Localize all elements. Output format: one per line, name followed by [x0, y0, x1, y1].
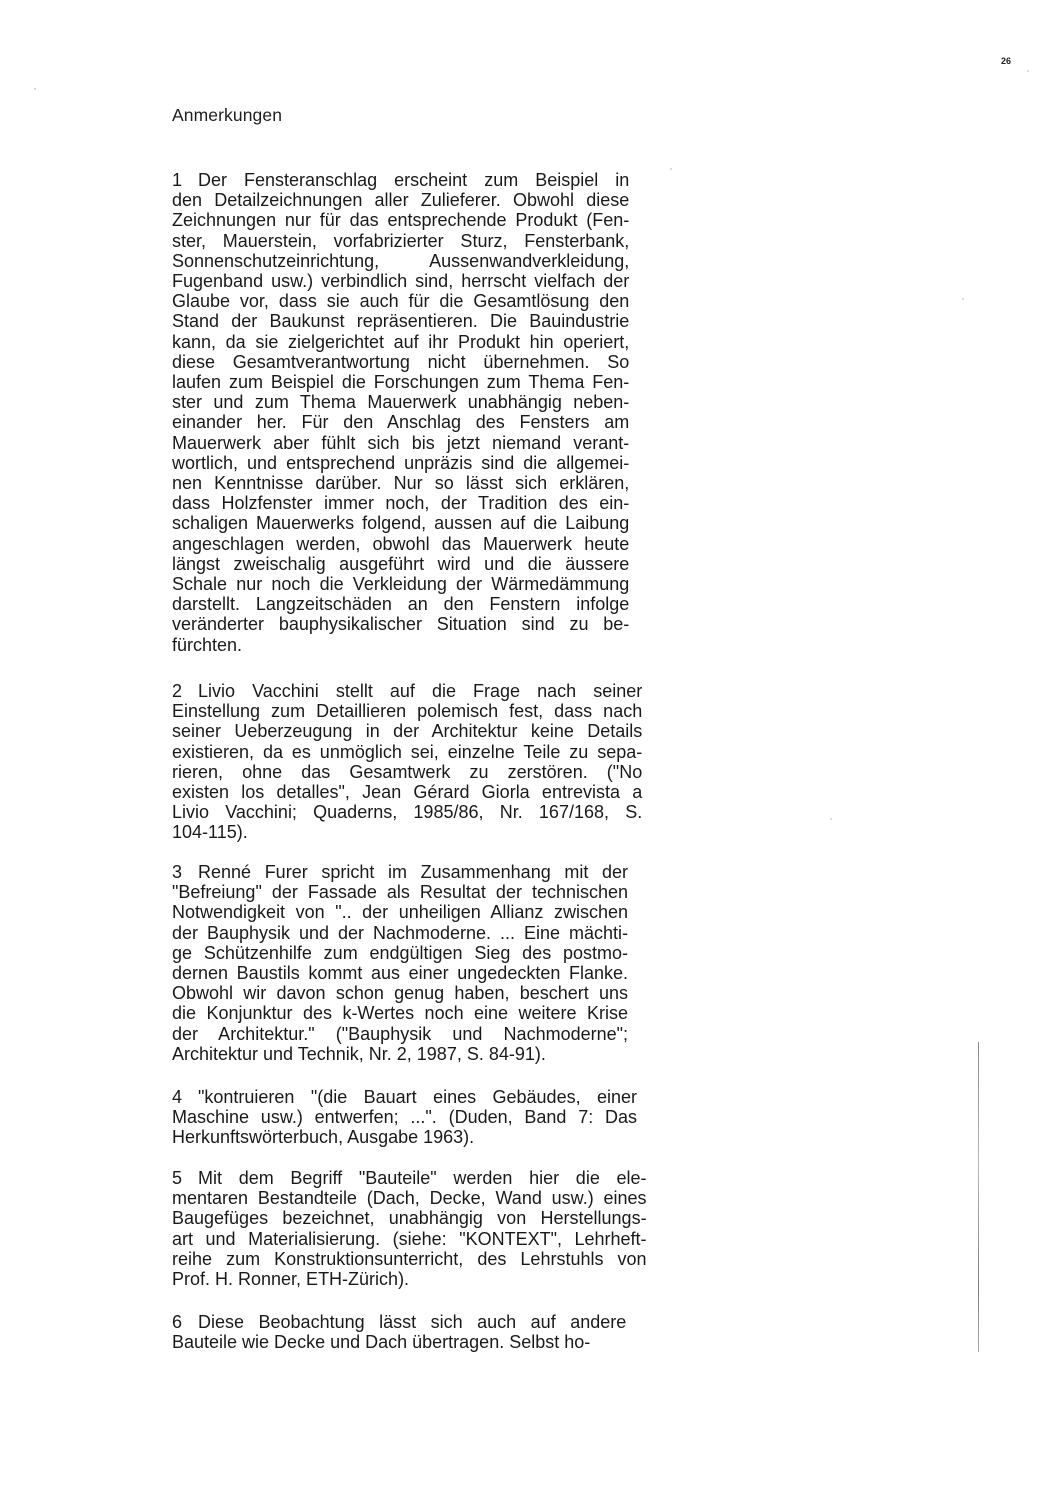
footnote-line: rieren, ohne das Gesamtwerk zu zerstören… [172, 762, 642, 782]
footnote-text: Stand der Baukunst repräsentieren. Die B… [172, 311, 629, 331]
footnote-text: fürchten. [172, 635, 242, 655]
footnote-line: der Architektur." ("Bauphysik und Nachmo… [172, 1024, 628, 1044]
footnote-text: längst zweischalig ausgeführt wird und d… [172, 554, 629, 574]
footnote-text: kann, da sie zielgerichtet auf ihr Produ… [172, 332, 629, 352]
footnote-text: dass Holzfenster immer noch, der Traditi… [172, 493, 629, 513]
footnote-line: darstellt. Langzeitschäden an den Fenste… [172, 594, 629, 614]
footnote-line: Prof. H. Ronner, ETH-Zürich). [172, 1269, 647, 1289]
footnote-number: 1 [172, 170, 198, 190]
footnote-5: 5Mit dem Begriff "Bauteile" werden hier … [172, 1168, 647, 1289]
footnote-line: nen Kenntnisse darüber. Nur so lässt sic… [172, 473, 629, 493]
footnote-line: Architektur und Technik, Nr. 2, 1987, S.… [172, 1044, 628, 1064]
footnote-line: 1Der Fensteranschlag erscheint zum Beisp… [172, 170, 629, 190]
footnote-line: Stand der Baukunst repräsentieren. Die B… [172, 311, 629, 331]
footnote-6: 6Diese Beobachtung lässt sich auch auf a… [172, 1312, 626, 1352]
footnote-text: existieren, da es unmöglich sei, einzeln… [172, 742, 642, 762]
footnote-text: Einstellung zum Detaillieren polemisch f… [172, 701, 642, 721]
footnote-text: Herkunftswörterbuch, Ausgabe 1963). [172, 1127, 474, 1147]
footnote-line: Notwendigkeit von ".. der unheiligen All… [172, 902, 628, 922]
footnote-line: 104-115). [172, 822, 642, 842]
footnote-text: seiner Ueberzeugung in der Architektur k… [172, 721, 642, 741]
footnote-number: 6 [172, 1312, 198, 1332]
footnote-line: schaligen Mauerwerks folgend, aussen auf… [172, 513, 629, 533]
footnote-text: Renné Furer spricht im Zusammenhang mit … [198, 862, 628, 882]
footnote-text: diese Gesamtverantwortung nicht übernehm… [172, 352, 629, 372]
footnote-text: ster, Mauerstein, vorfabrizierter Sturz,… [172, 231, 629, 251]
footnote-line: existieren, da es unmöglich sei, einzeln… [172, 742, 642, 762]
footnote-text: Zeichnungen nur für das entsprechende Pr… [172, 210, 629, 230]
footnote-line: Livio Vacchini; Quaderns, 1985/86, Nr. 1… [172, 802, 642, 822]
footnote-line: Fugenband usw.) verbindlich sind, herrsc… [172, 271, 629, 291]
footnote-text: den Detailzeichnungen aller Zulieferer. … [172, 190, 629, 210]
footnote-text: Prof. H. Ronner, ETH-Zürich). [172, 1269, 409, 1289]
footnote-text: Glaube vor, dass sie auch für die Gesamt… [172, 291, 629, 311]
footnote-text: die Konjunktur des k-Wertes noch eine we… [172, 1003, 628, 1023]
footnote-line: ster, Mauerstein, vorfabrizierter Sturz,… [172, 231, 629, 251]
footnote-text: Bauteile wie Decke und Dach übertragen. … [172, 1332, 590, 1352]
footnote-number: 2 [172, 681, 198, 701]
footnote-line: einander her. Für den Anschlag des Fenst… [172, 412, 629, 432]
footnote-text: Obwohl wir davon schon genug haben, besc… [172, 983, 628, 1003]
scan-speck [830, 818, 832, 820]
footnote-line: 3Renné Furer spricht im Zusammenhang mit… [172, 862, 628, 882]
footnote-line: Maschine usw.) entwerfen; ...". (Duden, … [172, 1107, 637, 1127]
footnote-line: dass Holzfenster immer noch, der Traditi… [172, 493, 629, 513]
page-heading: Anmerkungen [172, 105, 282, 126]
footnote-line: Einstellung zum Detaillieren polemisch f… [172, 701, 642, 721]
footnote-text: art und Materialisierung. (siehe: "KONTE… [172, 1229, 647, 1249]
footnote-text: mentaren Bestandteile (Dach, Decke, Wand… [172, 1188, 647, 1208]
footnote-line: Baugefüges bezeichnet, unabhängig von He… [172, 1208, 647, 1228]
footnote-text: dernen Baustils kommt aus einer ungedeck… [172, 963, 628, 983]
footnote-text: Sonnenschutzeinrichtung, Aussenwandverkl… [172, 251, 629, 271]
footnote-text: der Bauphysik und der Nachmoderne. ... E… [172, 923, 628, 943]
footnote-line: seiner Ueberzeugung in der Architektur k… [172, 721, 642, 741]
footnote-text: existen los detalles", Jean Gérard Giorl… [172, 782, 642, 802]
footnote-line: 4"kontruieren "(die Bauart eines Gebäude… [172, 1087, 637, 1107]
footnote-text: Diese Beobachtung lässt sich auch auf an… [198, 1312, 626, 1332]
footnote-line: der Bauphysik und der Nachmoderne. ... E… [172, 923, 628, 943]
footnote-line: veränderter bauphysikalischer Situation … [172, 614, 629, 634]
scan-speck [670, 168, 672, 170]
footnote-number: 3 [172, 862, 198, 882]
footnote-line: "Befreiung" der Fassade als Resultat der… [172, 882, 628, 902]
footnote-line: die Konjunktur des k-Wertes noch eine we… [172, 1003, 628, 1023]
footnote-number: 4 [172, 1087, 198, 1107]
footnote-line: reihe zum Konstruktionsunterricht, des L… [172, 1249, 647, 1269]
footnote-line: Glaube vor, dass sie auch für die Gesamt… [172, 291, 629, 311]
footnote-line: angeschlagen werden, obwohl das Mauerwer… [172, 534, 629, 554]
footnote-text: ster und zum Thema Mauerwerk unabhängig … [172, 392, 629, 412]
footnote-2: 2Livio Vacchini stellt auf die Frage nac… [172, 681, 642, 843]
footnote-line: kann, da sie zielgerichtet auf ihr Produ… [172, 332, 629, 352]
footnote-line: längst zweischalig ausgeführt wird und d… [172, 554, 629, 574]
footnote-text: angeschlagen werden, obwohl das Mauerwer… [172, 534, 629, 554]
footnote-text: ge Schützenhilfe zum endgültigen Sieg de… [172, 943, 628, 963]
footnote-text: veränderter bauphysikalischer Situation … [172, 614, 629, 634]
footnote-line: mentaren Bestandteile (Dach, Decke, Wand… [172, 1188, 647, 1208]
footnote-line: laufen zum Beispiel die Forschungen zum … [172, 372, 629, 392]
footnote-line: wortlich, und entsprechend unpräzis sind… [172, 453, 629, 473]
scan-speck [962, 298, 964, 300]
footnote-3: 3Renné Furer spricht im Zusammenhang mit… [172, 862, 628, 1064]
footnote-text: laufen zum Beispiel die Forschungen zum … [172, 372, 629, 392]
footnote-text: einander her. Für den Anschlag des Fenst… [172, 412, 629, 432]
footnote-line: existen los detalles", Jean Gérard Giorl… [172, 782, 642, 802]
footnote-text: darstellt. Langzeitschäden an den Fenste… [172, 594, 629, 614]
footnote-line: fürchten. [172, 635, 629, 655]
footnote-line: Schale nur noch die Verkleidung der Wärm… [172, 574, 629, 594]
footnote-line: Zeichnungen nur für das entsprechende Pr… [172, 210, 629, 230]
footnote-text: Fugenband usw.) verbindlich sind, herrsc… [172, 271, 629, 291]
footnote-line: Bauteile wie Decke und Dach übertragen. … [172, 1332, 626, 1352]
footnote-text: nen Kenntnisse darüber. Nur so lässt sic… [172, 473, 629, 493]
footnote-1: 1Der Fensteranschlag erscheint zum Beisp… [172, 170, 629, 655]
footnote-text: 104-115). [172, 822, 248, 842]
footnote-text: "kontruieren "(die Bauart eines Gebäudes… [198, 1087, 637, 1107]
footnote-text: wortlich, und entsprechend unpräzis sind… [172, 453, 629, 473]
scan-speck [34, 88, 36, 90]
footnote-line: 5Mit dem Begriff "Bauteile" werden hier … [172, 1168, 647, 1188]
footnote-line: Sonnenschutzeinrichtung, Aussenwandverkl… [172, 251, 629, 271]
footnote-number: 5 [172, 1168, 198, 1188]
footnote-text: Baugefüges bezeichnet, unabhängig von He… [172, 1208, 647, 1228]
footnote-line: ge Schützenhilfe zum endgültigen Sieg de… [172, 943, 628, 963]
footnote-line: Mauerwerk aber fühlt sich bis jetzt niem… [172, 433, 629, 453]
footnote-text: Maschine usw.) entwerfen; ...". (Duden, … [172, 1107, 637, 1127]
footnote-4: 4"kontruieren "(die Bauart eines Gebäude… [172, 1087, 637, 1148]
scan-speck [1027, 70, 1029, 72]
footnote-text: Mauerwerk aber fühlt sich bis jetzt niem… [172, 433, 629, 453]
footnote-line: 6Diese Beobachtung lässt sich auch auf a… [172, 1312, 626, 1332]
footnote-text: schaligen Mauerwerks folgend, aussen auf… [172, 513, 629, 533]
footnote-line: Obwohl wir davon schon genug haben, besc… [172, 983, 628, 1003]
footnote-text: Architektur und Technik, Nr. 2, 1987, S.… [172, 1044, 546, 1064]
footnote-line: 2Livio Vacchini stellt auf die Frage nac… [172, 681, 642, 701]
footnote-text: "Befreiung" der Fassade als Resultat der… [172, 882, 628, 902]
footnote-text: Schale nur noch die Verkleidung der Wärm… [172, 574, 629, 594]
footnote-text: Livio Vacchini stellt auf die Frage nach… [198, 681, 642, 701]
footnote-line: art und Materialisierung. (siehe: "KONTE… [172, 1229, 647, 1249]
footnote-line: Herkunftswörterbuch, Ausgabe 1963). [172, 1127, 637, 1147]
footnote-text: reihe zum Konstruktionsunterricht, des L… [172, 1249, 647, 1269]
page-number: 26 [1001, 56, 1011, 66]
footnote-text: der Architektur." ("Bauphysik und Nachmo… [172, 1024, 628, 1044]
footnote-text: Notwendigkeit von ".. der unheiligen All… [172, 902, 628, 922]
footnote-text: Livio Vacchini; Quaderns, 1985/86, Nr. 1… [172, 802, 642, 822]
footnote-line: diese Gesamtverantwortung nicht übernehm… [172, 352, 629, 372]
margin-rule [978, 1042, 979, 1352]
footnote-text: Der Fensteranschlag erscheint zum Beispi… [198, 170, 629, 190]
footnote-text: rieren, ohne das Gesamtwerk zu zerstören… [172, 762, 642, 782]
footnote-line: dernen Baustils kommt aus einer ungedeck… [172, 963, 628, 983]
footnote-line: den Detailzeichnungen aller Zulieferer. … [172, 190, 629, 210]
footnote-text: Mit dem Begriff "Bauteile" werden hier d… [198, 1168, 647, 1188]
footnote-line: ster und zum Thema Mauerwerk unabhängig … [172, 392, 629, 412]
